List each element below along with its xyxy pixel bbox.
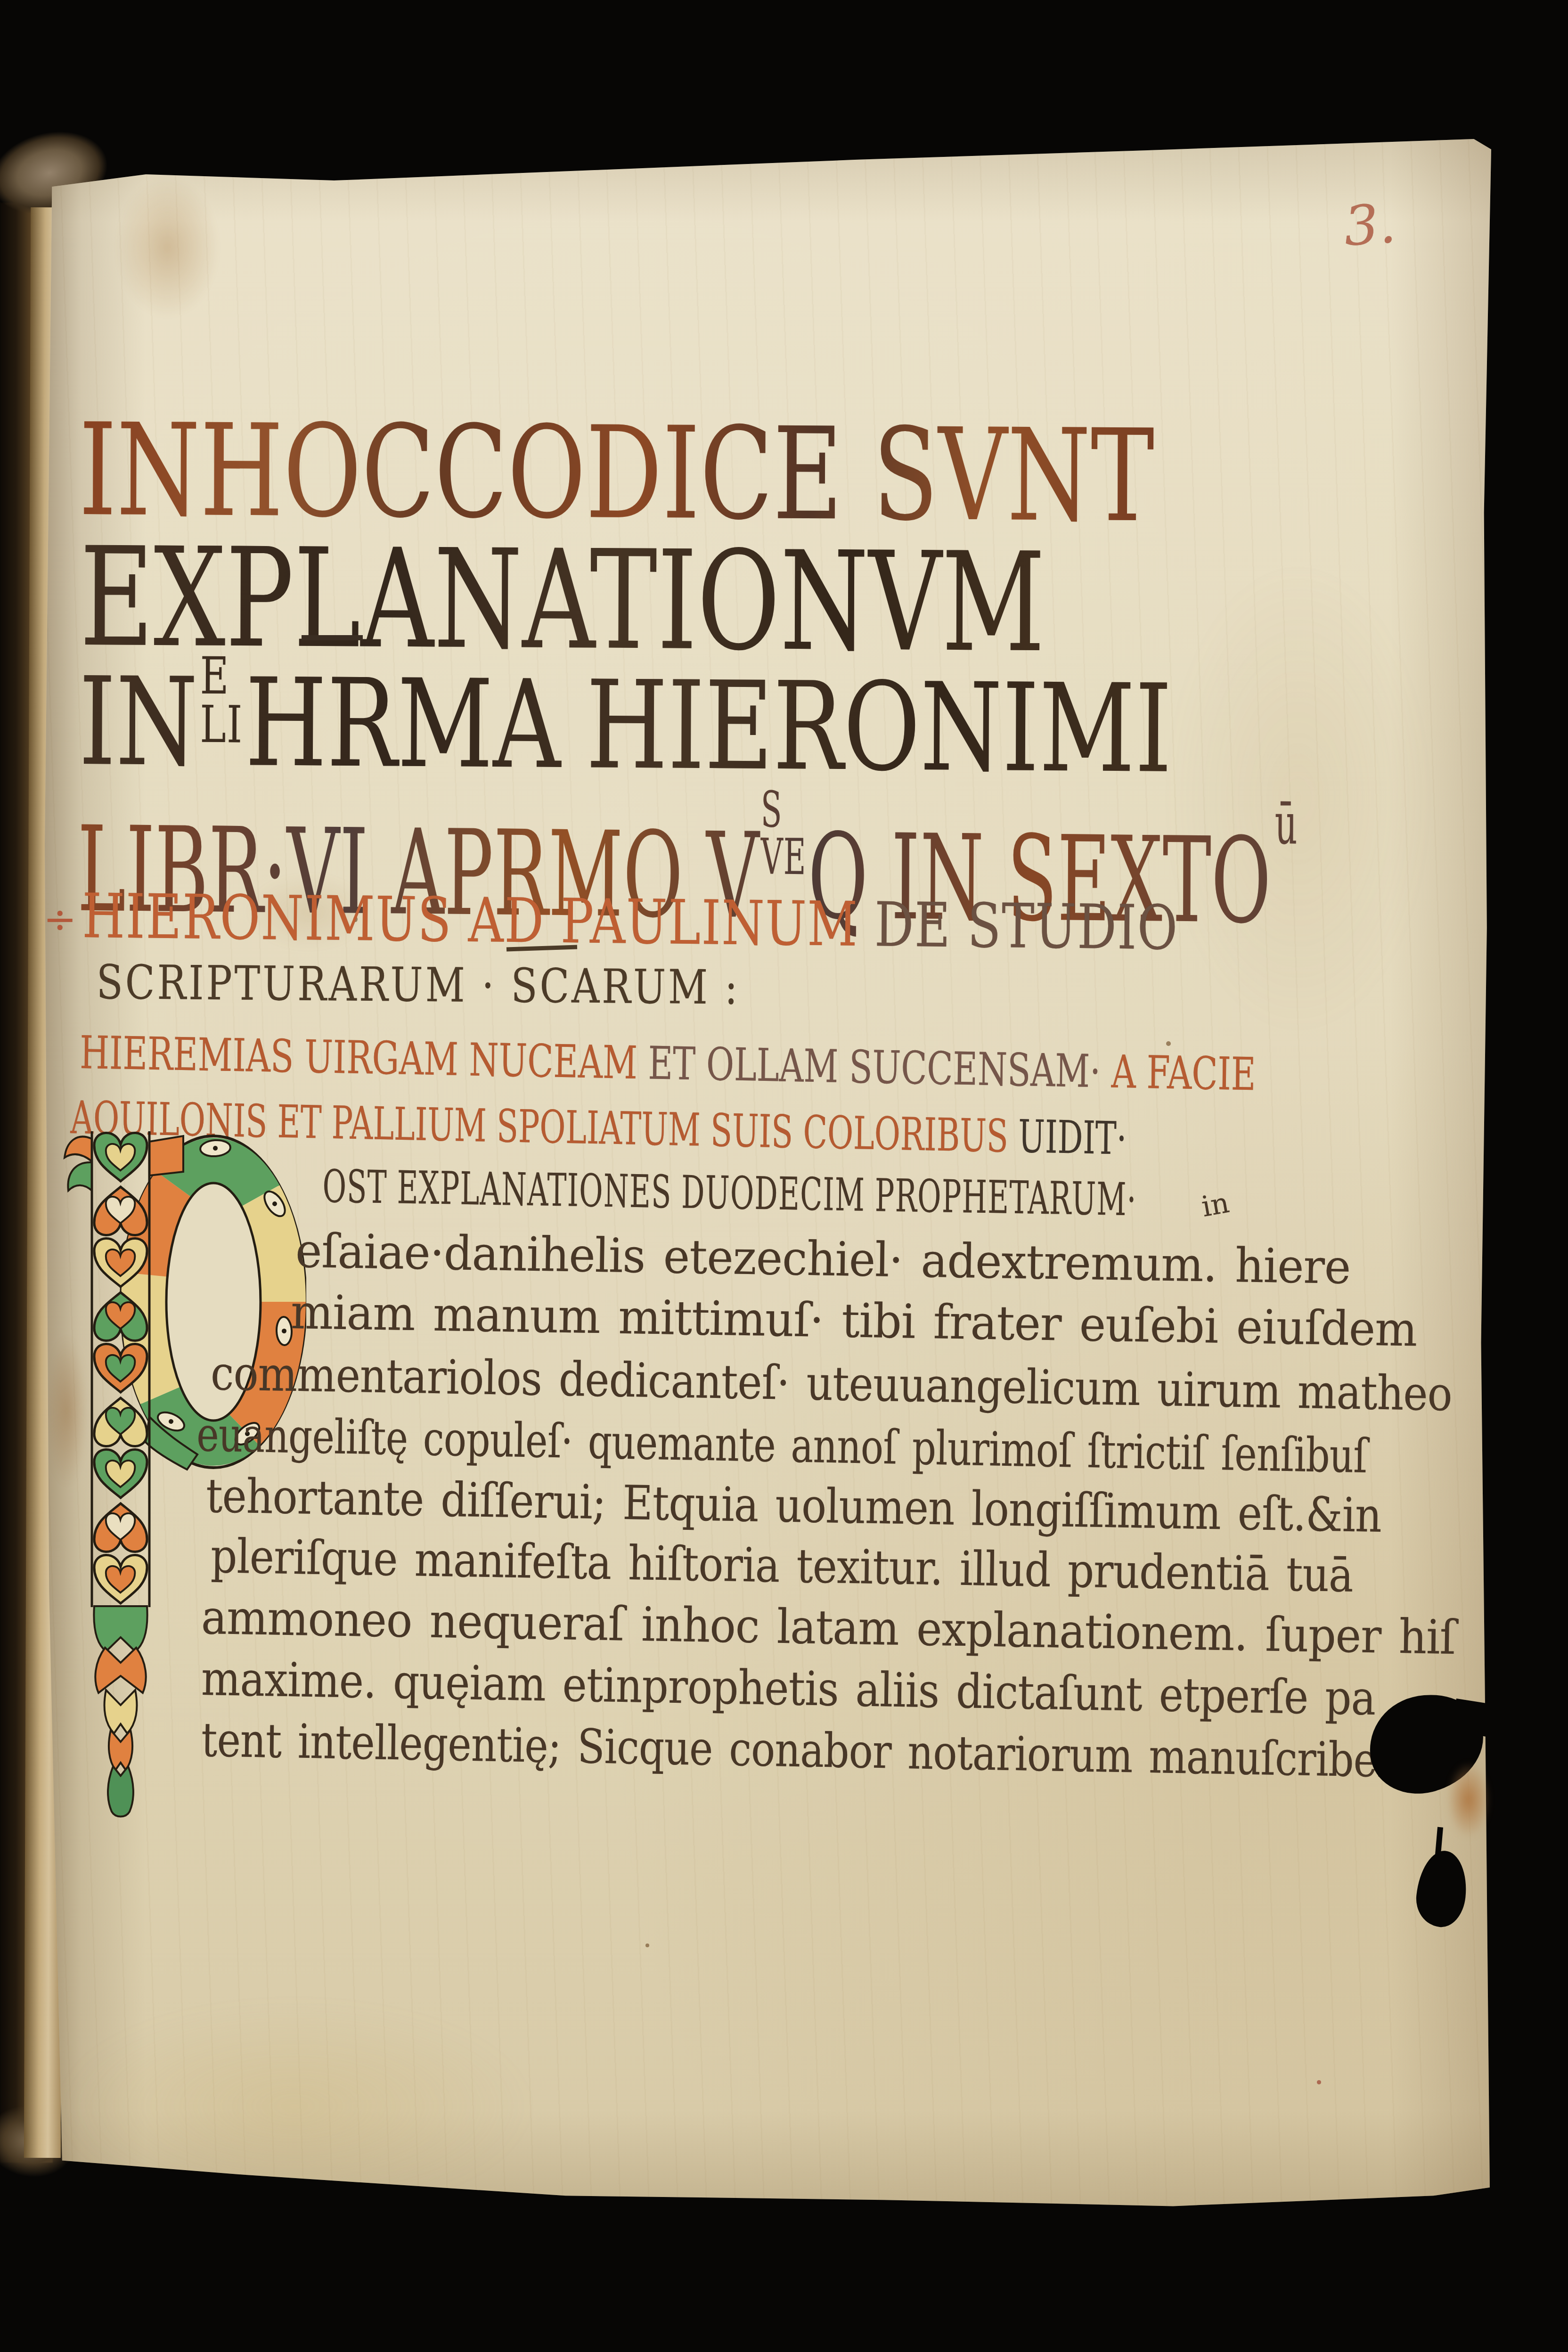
rubric-line-2-dark: UIDIT·	[1018, 1110, 1127, 1165]
parchment-stain	[115, 177, 219, 318]
title-line-5-red: HIERONIMUS AD PAULINUM	[82, 880, 875, 960]
title-line-4-inset-letters: SVE	[760, 786, 807, 881]
title-line-6: SCRIPTURARUM · SCARUM :	[96, 955, 740, 1015]
rubric-line-1-dark: ET OLLAM SUCCENSAM·	[648, 1037, 1111, 1098]
inset-letter-bottom: LI	[200, 701, 243, 750]
rubric-line-1-red: HIEREMIAS UIRGAM NUCEAM	[80, 1026, 648, 1089]
scorch-mark	[1447, 1762, 1490, 1837]
title-line-3: INELIHRMAHIERONIMI	[79, 651, 1172, 800]
title-line-3-pre: IN	[79, 651, 198, 793]
ink-speck	[645, 1944, 649, 1947]
abbreviation-macron	[302, 635, 363, 640]
title-line-3-main: HRMA	[245, 652, 561, 796]
parchment-hole	[1451, 1699, 1501, 1738]
folio-number: 3.	[1342, 192, 1398, 258]
inset-letter-top: S	[761, 786, 807, 834]
marginal-cross-mark: ÷	[43, 896, 76, 942]
title-line-3-post: HIERONIMI	[586, 654, 1172, 800]
red-speck	[1317, 2080, 1321, 2084]
parchment-stain	[59, 2005, 530, 2207]
superscript-u-macron: ū	[1274, 792, 1297, 857]
inset-letter-bottom: VE	[760, 833, 806, 881]
ink-speck	[1166, 1041, 1171, 1046]
title-line-5: HIERONIMUS AD PAULINUM DE STUDIO	[82, 880, 1178, 964]
manuscript-photo: 3. INHOCCODICE SVNT EXPLANATIONVM INELIH…	[0, 0, 1568, 2352]
inset-letter-top: E	[200, 652, 244, 701]
title-line-5-dark: DE STUDIO	[874, 889, 1179, 964]
interlinear-correction: in	[1199, 1186, 1232, 1224]
rubric-line-1-red2: A FACIE	[1111, 1045, 1256, 1101]
title-line-3-inset-letters: ELI	[200, 652, 243, 749]
